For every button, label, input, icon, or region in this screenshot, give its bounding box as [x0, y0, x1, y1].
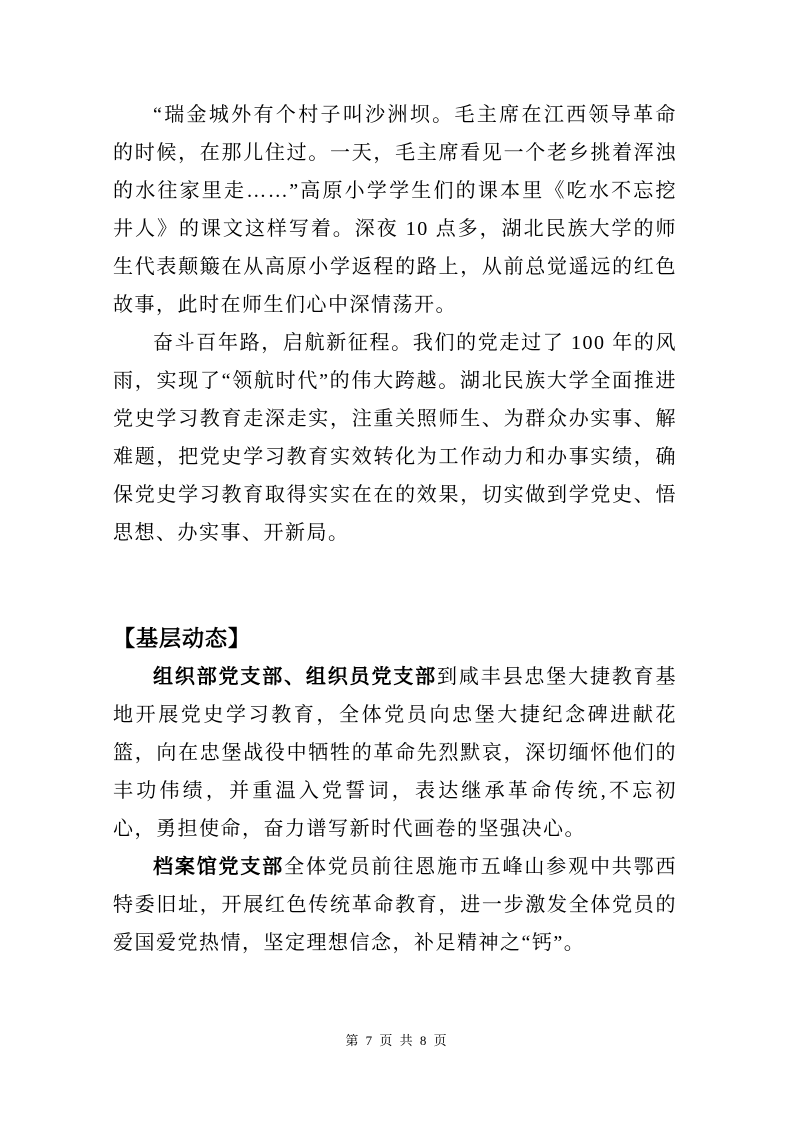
- paragraph-archives-branch: 档案馆党支部全体党员前往恩施市五峰山参观中共鄂西特委旧址，开展红色传统革命教育，…: [113, 848, 677, 962]
- document-page: “瑞金城外有个村子叫沙洲坝。毛主席在江西领导革命的时候，在那儿住过。一天，毛主席…: [0, 0, 794, 1123]
- page-number-label: 第 7 页 共 8 页: [345, 1033, 448, 1048]
- paragraph-archives-branch-lead: 档案馆党支部: [153, 856, 284, 878]
- paragraph-red-story: “瑞金城外有个村子叫沙洲坝。毛主席在江西领导革命的时候，在那儿住过。一天，毛主席…: [113, 96, 677, 324]
- section-heading-grassroots-news: 【基层动态】: [113, 620, 677, 658]
- paragraph-organization-dept: 组织部党支部、组织员党支部到咸丰县忠堡大捷教育基地开展党史学习教育，全体党员向忠…: [113, 658, 677, 848]
- paragraph-organization-dept-lead: 组织部党支部、组织员党支部: [153, 666, 437, 688]
- paragraph-organization-dept-text: 到咸丰县忠堡大捷教育基地开展党史学习教育，全体党员向忠堡大捷纪念碑进献花篮，向在…: [113, 666, 677, 840]
- document-body: “瑞金城外有个村子叫沙洲坝。毛主席在江西领导革命的时候，在那儿住过。一天，毛主席…: [113, 96, 677, 962]
- page-footer: 第 7 页 共 8 页: [0, 1031, 794, 1051]
- paragraph-party-history: 奋斗百年路，启航新征程。我们的党走过了 100 年的风雨，实现了“领航时代”的伟…: [113, 324, 677, 552]
